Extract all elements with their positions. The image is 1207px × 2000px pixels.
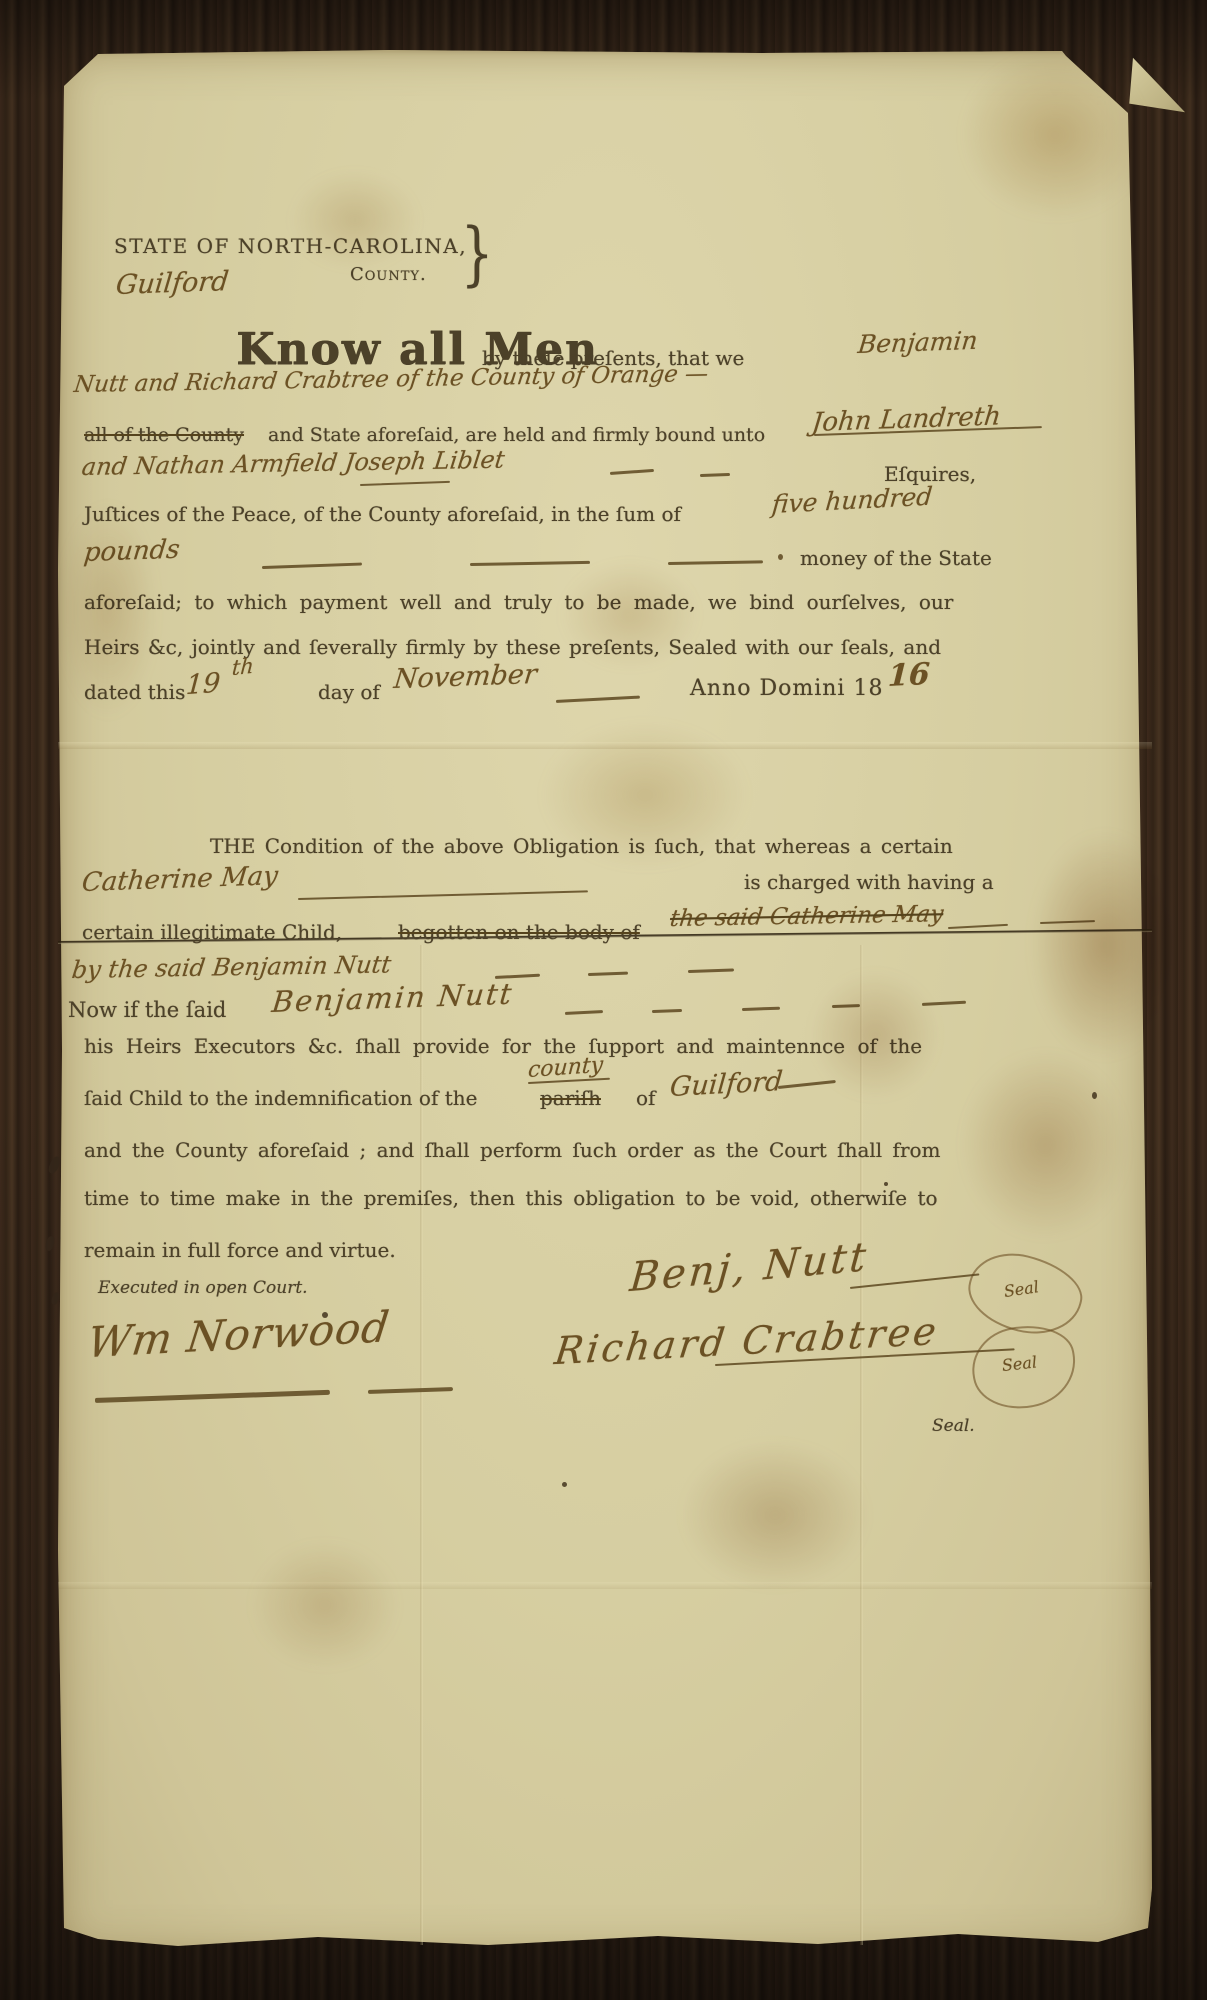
county-label: County. xyxy=(350,266,427,284)
justices-line: Juſtices of the Peace, of the County afo… xyxy=(84,504,681,524)
fold-crease-horizontal xyxy=(58,742,1152,749)
handwritten-mother-name: Catherine May xyxy=(81,863,280,896)
fold-crease-horizontal xyxy=(58,1582,1152,1589)
charged-text: is charged with having a xyxy=(744,872,994,892)
struck-begotten-text: begotten on the body of xyxy=(398,922,640,942)
printed-seal-text: Seal. xyxy=(932,1418,975,1435)
folded-corner xyxy=(1128,54,1190,116)
handwritten-pounds: pounds xyxy=(83,537,181,566)
handwritten-day-number: 19 xyxy=(185,670,221,700)
order-line: and the County aforeſaid ; and ſhall per… xyxy=(84,1140,941,1160)
ink-mark xyxy=(47,1155,63,1175)
ink-mark xyxy=(44,1235,56,1252)
anno-domini-text: Anno Domini 18 xyxy=(690,678,883,700)
seal-label: Seal xyxy=(1001,1354,1038,1374)
handwritten-obligees-line: and Nathan Armfield Joseph Liblet xyxy=(81,448,506,479)
dated-this-text: dated this xyxy=(84,682,185,702)
photo-scene: STATE OF NORTH-CAROLINA, } County. Guilf… xyxy=(0,0,1207,2000)
struck-all-of-county: all of the County xyxy=(84,426,244,445)
now-if-text: Now if the ſaid xyxy=(68,1000,226,1021)
day-of-text: day of xyxy=(318,682,380,702)
state-line: STATE OF NORTH-CAROLINA, xyxy=(114,236,467,256)
handwritten-guilford: Guilford xyxy=(669,1068,784,1101)
money-of-state-text: money of the State xyxy=(800,548,992,568)
payment-line: aforeſaid; to which payment well and tru… xyxy=(84,592,953,612)
handwritten-father-name: Benjamin Nutt xyxy=(270,980,514,1018)
handwritten-day-suffix: th xyxy=(231,656,254,680)
struck-parish-text: pariſh xyxy=(540,1088,601,1108)
county-brace: } xyxy=(461,220,493,289)
bound-unto-text: and State aforeſaid, are held and firmly… xyxy=(268,426,765,445)
indemnify-line: ſaid Child to the indemnification of the xyxy=(84,1088,477,1108)
handwritten-principal-first: Benjamin xyxy=(857,328,979,357)
illegitimate-child-text: certain illegitimate Child, xyxy=(82,922,342,942)
provide-line: his Heirs Executors &c. ſhall provide fo… xyxy=(84,1036,922,1056)
speck xyxy=(1092,1092,1097,1099)
ink-mark xyxy=(50,1291,61,1306)
handwritten-year: 16 xyxy=(887,660,930,692)
handwritten-by-said-line: by the said Benjamin Nutt xyxy=(71,952,393,982)
executed-in-court-text: Executed in open Court. xyxy=(98,1280,308,1297)
handwritten-struck-mother: the said Catherine May xyxy=(669,903,945,931)
premises-line: time to time make in the premiſes, then … xyxy=(84,1188,938,1208)
speck xyxy=(562,1482,567,1487)
speck xyxy=(884,1182,888,1186)
pen-dot xyxy=(778,554,783,560)
seal-label: Seal xyxy=(1003,1279,1040,1300)
speck xyxy=(322,1312,328,1318)
of-text: of xyxy=(636,1088,655,1108)
fold-crease-vertical xyxy=(860,945,863,1945)
handwritten-county-name: Guilford xyxy=(115,268,230,299)
handwritten-month: November xyxy=(393,661,539,693)
condition-intro-line: THE Condition of the above Obligation is… xyxy=(210,836,953,856)
heirs-line: Heirs &c, jointly and ſeverally firmly b… xyxy=(84,637,941,657)
remain-line: remain in full force and virtue. xyxy=(84,1240,396,1260)
